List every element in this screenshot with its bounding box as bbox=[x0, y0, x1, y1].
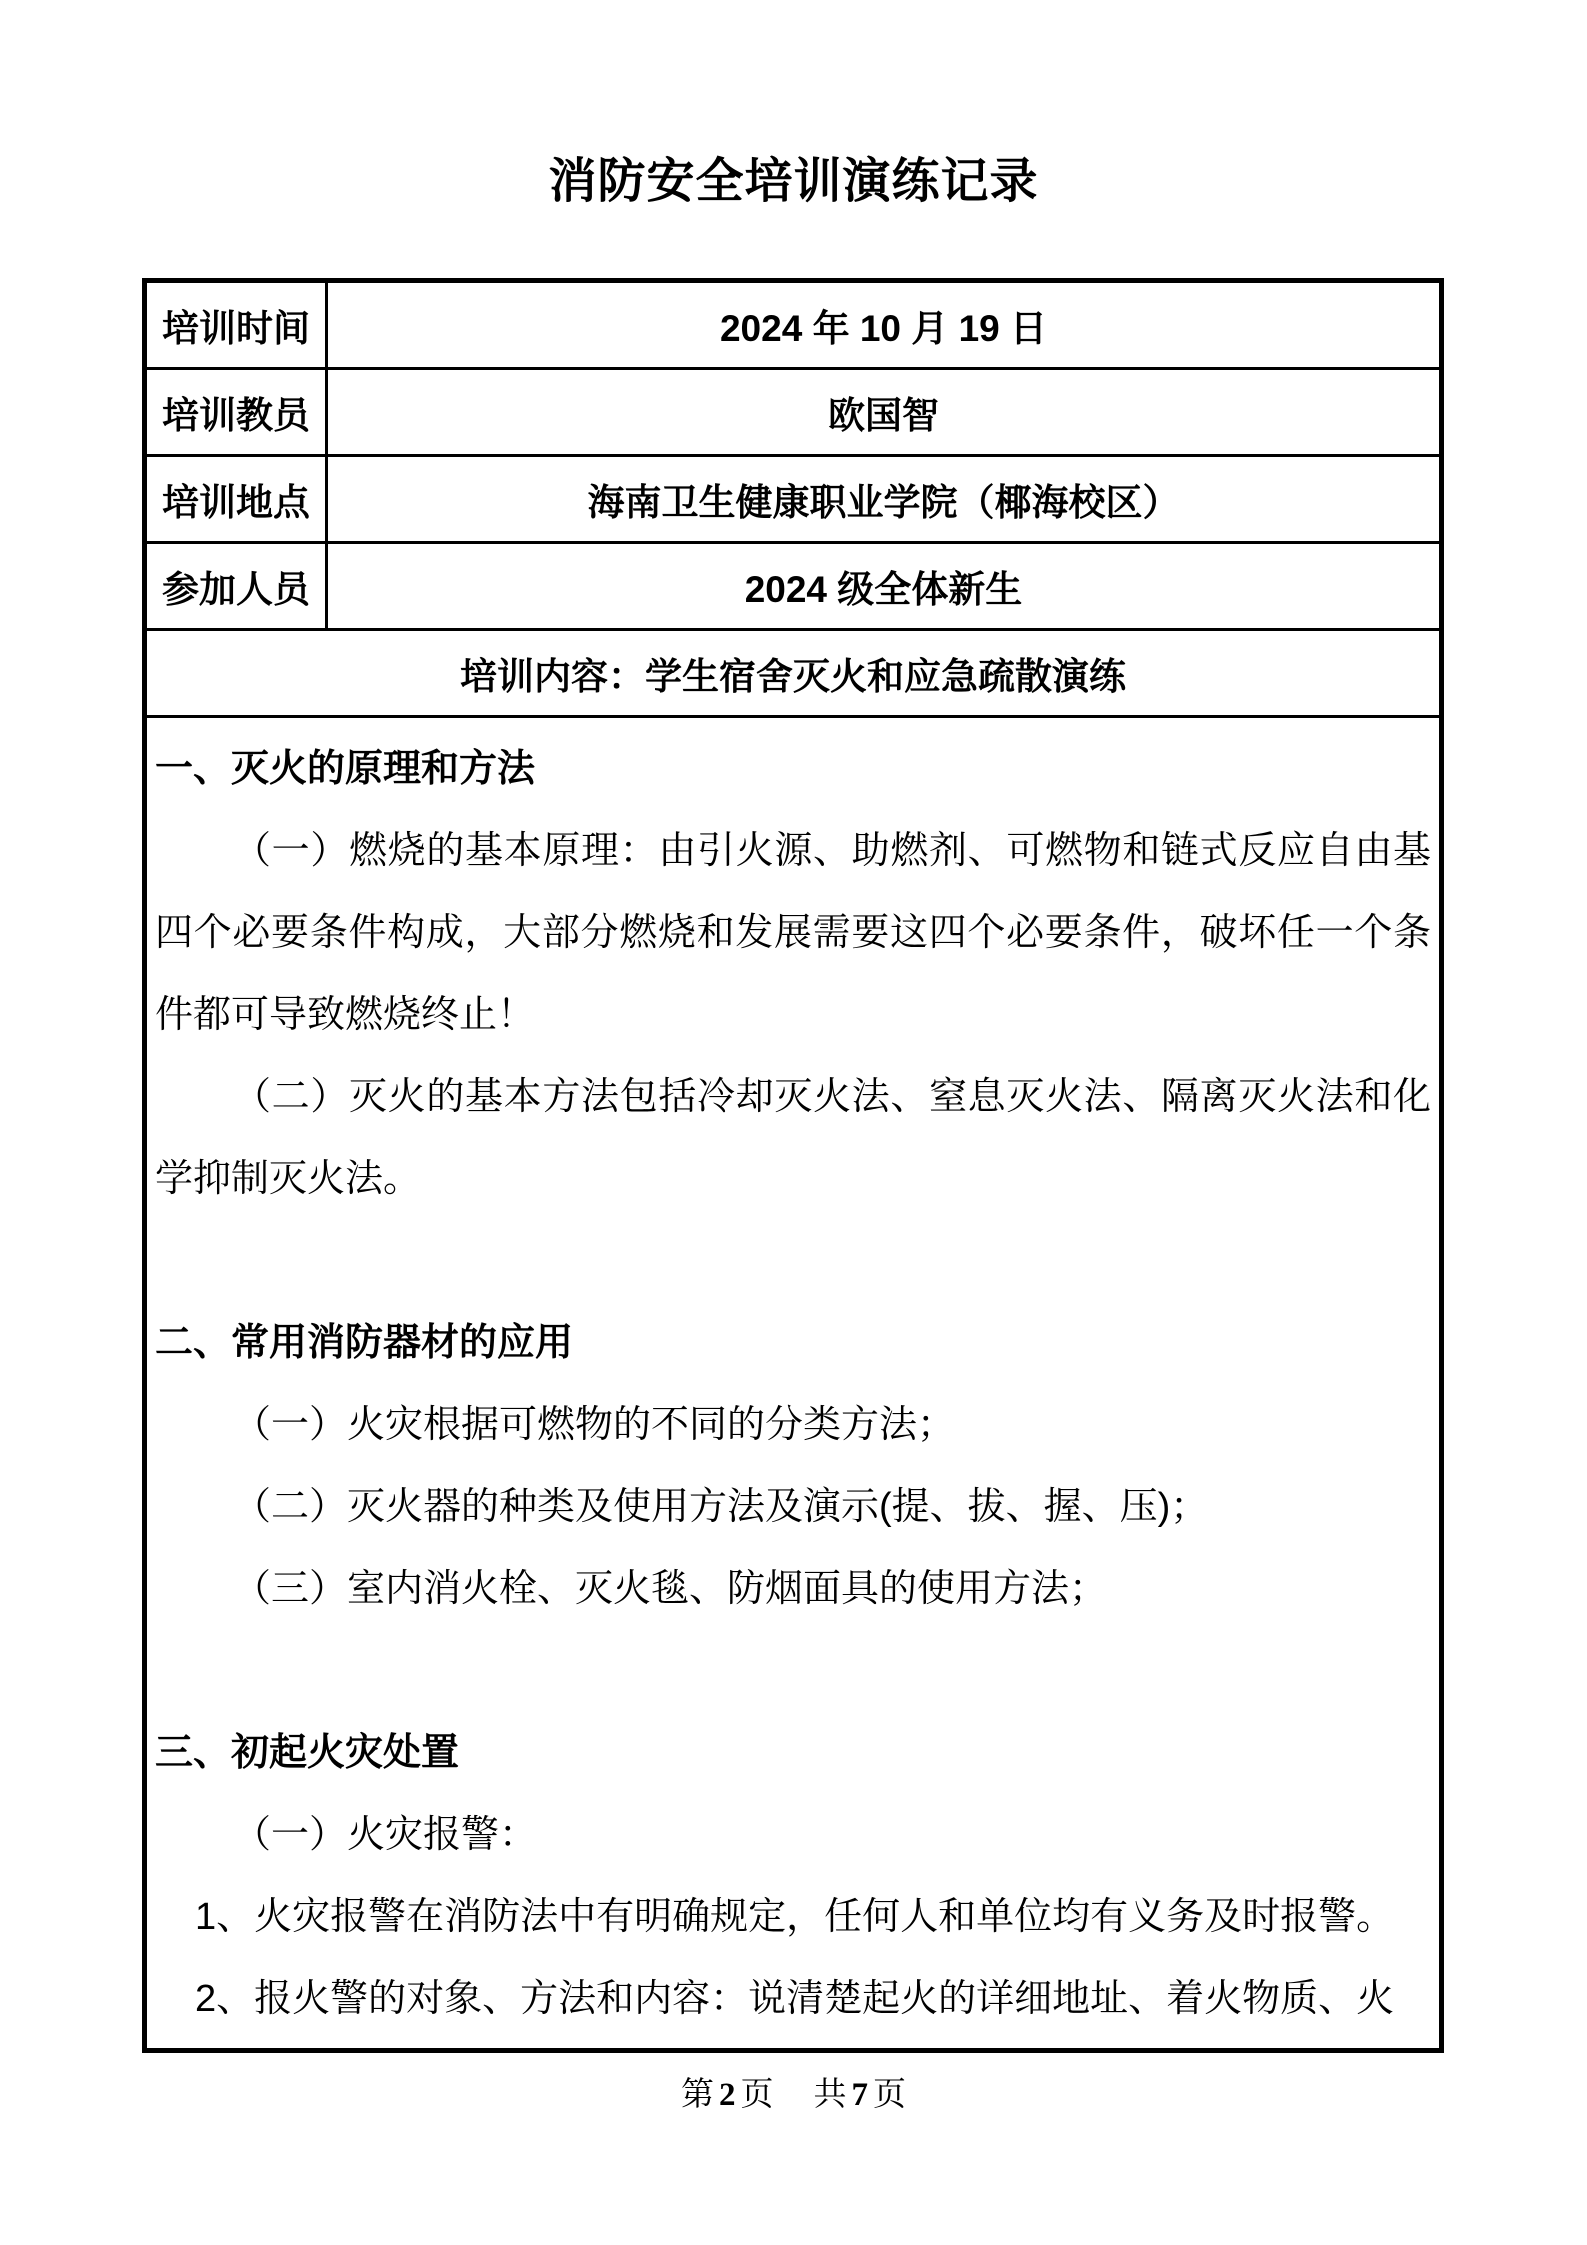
paragraph: （一）火灾报警： bbox=[155, 1794, 1431, 1876]
content-body: 一、灭火的原理和方法 （一）燃烧的基本原理：由引火源、助燃剂、可燃物和链式反应自… bbox=[147, 718, 1439, 2048]
footer-total-prefix: 共 bbox=[814, 2077, 847, 2113]
paragraph: （一）火灾根据可燃物的不同的分类方法； bbox=[155, 1384, 1431, 1466]
section-heading-2: 二、常用消防器材的应用 bbox=[155, 1302, 1431, 1384]
page-footer: 第2页共7页 bbox=[0, 2068, 1587, 2115]
section-heading-3: 三、初起火灾处置 bbox=[155, 1712, 1431, 1794]
footer-total-suffix: 页 bbox=[873, 2077, 906, 2113]
paragraph: 1、火灾报警在消防法中有明确规定，任何人和单位均有义务及时报警。 bbox=[155, 1876, 1431, 1958]
row-label-location: 培训地点 bbox=[147, 457, 328, 541]
table-row-participants: 参加人员 2024 级全体新生 bbox=[147, 544, 1439, 631]
row-value-participants: 2024 级全体新生 bbox=[328, 544, 1439, 628]
row-value-trainer: 欧国智 bbox=[328, 370, 1439, 454]
footer-page-suffix: 页 bbox=[741, 2077, 774, 2113]
table-row-training-time: 培训时间 2024 年 10 月 19 日 bbox=[147, 283, 1439, 370]
paragraph: （一）燃烧的基本原理：由引火源、助燃剂、可燃物和链式反应自由基四个必要条件构成，… bbox=[155, 810, 1431, 1056]
blank-line bbox=[155, 1630, 1431, 1712]
row-value-training-time: 2024 年 10 月 19 日 bbox=[328, 283, 1439, 367]
row-value-location: 海南卫生健康职业学院（椰海校区） bbox=[328, 457, 1439, 541]
row-label-training-time: 培训时间 bbox=[147, 283, 328, 367]
footer-total-number: 7 bbox=[852, 2077, 869, 2113]
paragraph: （三）室内消火栓、灭火毯、防烟面具的使用方法； bbox=[155, 1548, 1431, 1630]
blank-line bbox=[155, 1220, 1431, 1302]
section-heading-1: 一、灭火的原理和方法 bbox=[155, 728, 1431, 810]
table-row-trainer: 培训教员 欧国智 bbox=[147, 370, 1439, 457]
paragraph: （二）灭火器的种类及使用方法及演示(提、拔、握、压)； bbox=[155, 1466, 1431, 1548]
row-label-participants: 参加人员 bbox=[147, 544, 328, 628]
table-row-location: 培训地点 海南卫生健康职业学院（椰海校区） bbox=[147, 457, 1439, 544]
paragraph: （二）灭火的基本方法包括冷却灭火法、窒息灭火法、隔离灭火法和化学抑制灭火法。 bbox=[155, 1056, 1431, 1220]
page-title: 消防安全培训演练记录 bbox=[0, 142, 1587, 211]
row-label-trainer: 培训教员 bbox=[147, 370, 328, 454]
footer-page-number: 2 bbox=[719, 2077, 736, 2113]
footer-page-prefix: 第 bbox=[681, 2077, 714, 2113]
training-record-table: 培训时间 2024 年 10 月 19 日 培训教员 欧国智 培训地点 海南卫生… bbox=[142, 278, 1444, 2053]
paragraph: 2、报火警的对象、方法和内容：说清楚起火的详细地址、着火物质、火 bbox=[155, 1958, 1431, 2040]
content-header: 培训内容：学生宿舍灭火和应急疏散演练 bbox=[147, 631, 1439, 718]
